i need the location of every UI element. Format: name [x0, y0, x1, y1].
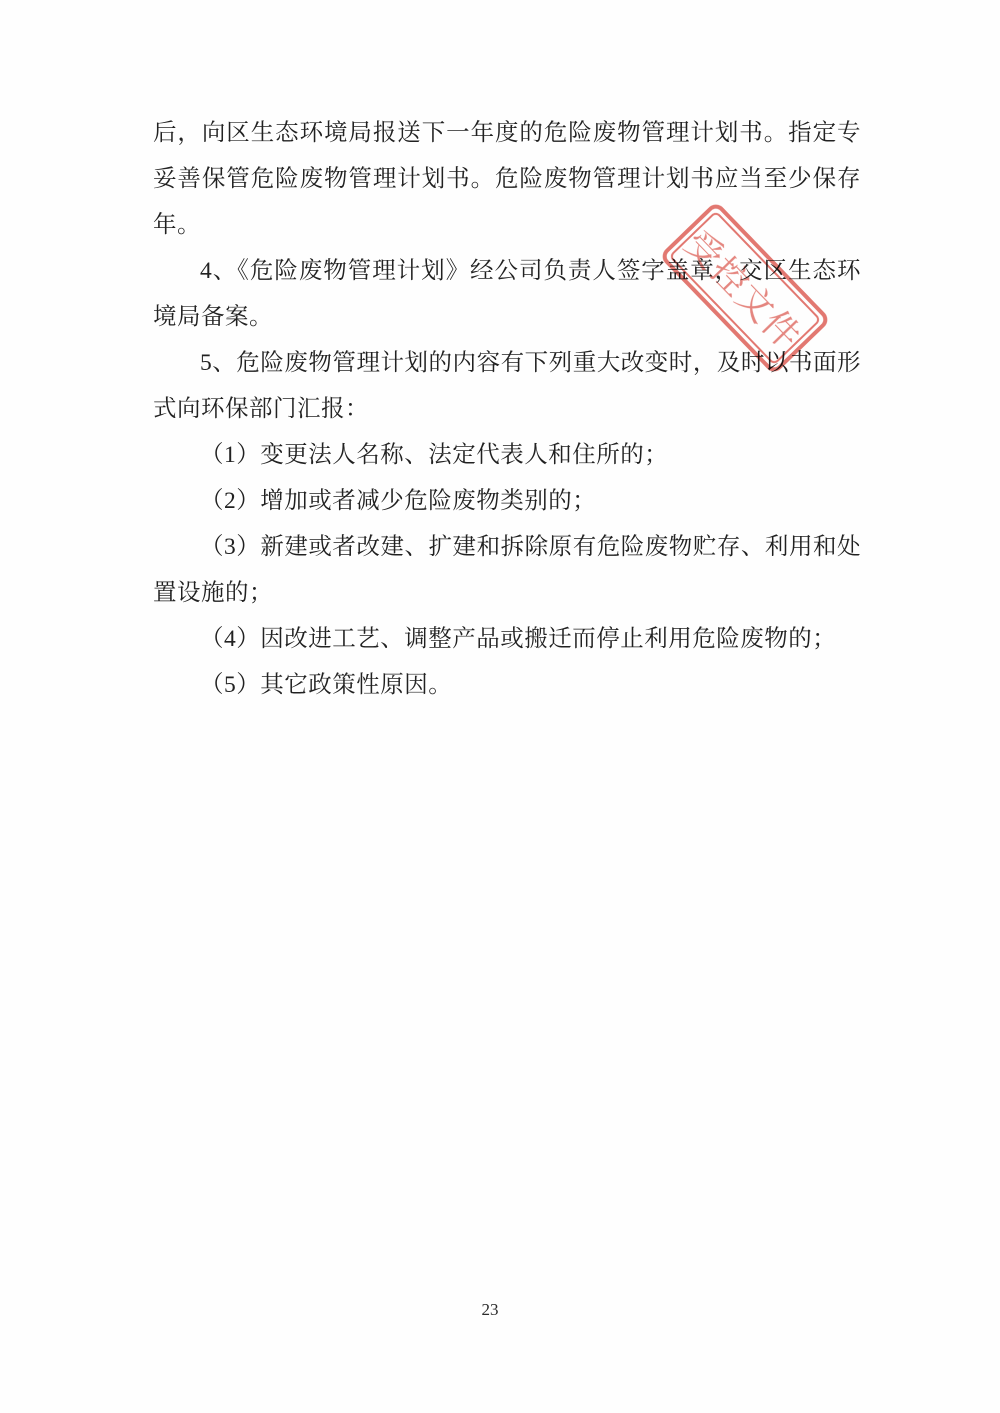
scanned-document-page: 后，向区生态环境局报送下一年度的危险废物管理计划书。指定专人妥善保管危险废物管理… — [0, 0, 1000, 1413]
text-line: （2）增加或者减少危险废物类别的； — [153, 478, 861, 524]
page-number: 23 — [0, 1300, 980, 1320]
text-line: （3）新建或者改建、扩建和拆除原有危险废物贮存、利用和处 — [153, 524, 861, 570]
document-body: 后，向区生态环境局报送下一年度的危险废物管理计划书。指定专人妥善保管危险废物管理… — [153, 110, 861, 708]
text-line: 置设施的； — [153, 570, 861, 616]
text-line: （1）变更法人名称、法定代表人和住所的； — [153, 432, 861, 478]
text-line: 妥善保管危险废物管理计划书。危险废物管理计划书应当至少保存 5 — [153, 156, 861, 202]
text-line: 后，向区生态环境局报送下一年度的危险废物管理计划书。指定专人 — [153, 110, 861, 156]
text-line: （5）其它政策性原因。 — [153, 662, 861, 708]
text-line: （4）因改进工艺、调整产品或搬迁而停止利用危险废物的； — [153, 616, 861, 662]
text-line: 式向环保部门汇报： — [153, 386, 861, 432]
